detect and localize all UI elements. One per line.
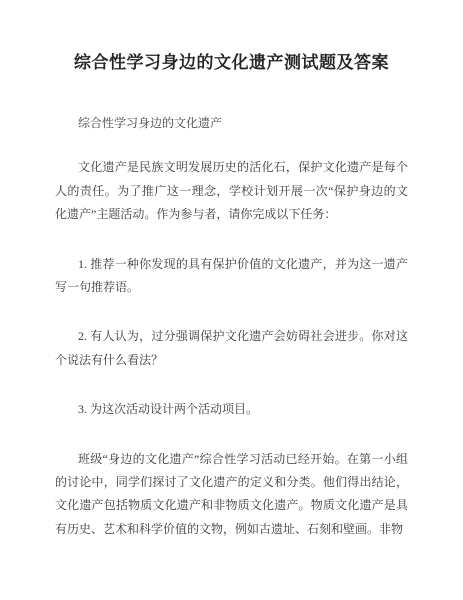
task-item-1: 1. 推荐一种你发现的具有保护价值的文化遗产，并为这一遗产写一句推荐语。 [55, 253, 408, 300]
page-title: 综合性学习身边的文化遗产测试题及答案 [55, 50, 408, 76]
task-item-3: 3. 为这次活动设计两个活动项目。 [55, 398, 408, 421]
document-page: 综合性学习身边的文化遗产测试题及答案 综合性学习身边的文化遗产 文化遗产是民族文… [0, 0, 463, 600]
intro-paragraph: 文化遗产是民族文明发展历史的活化石，保护文化遗产是每个人的责任。为了推广这一理念… [55, 156, 408, 226]
document-subtitle: 综合性学习身边的文化遗产 [55, 112, 408, 135]
task-item-2: 2. 有人认为，过分强调保护文化遗产会妨碍社会进步。你对这个说法有什么看法？ [55, 325, 408, 372]
closing-paragraph: 班级“身边的文化遗产”综合性学习活动已经开始。在第一小组的讨论中，同学们探讨了文… [55, 448, 408, 542]
